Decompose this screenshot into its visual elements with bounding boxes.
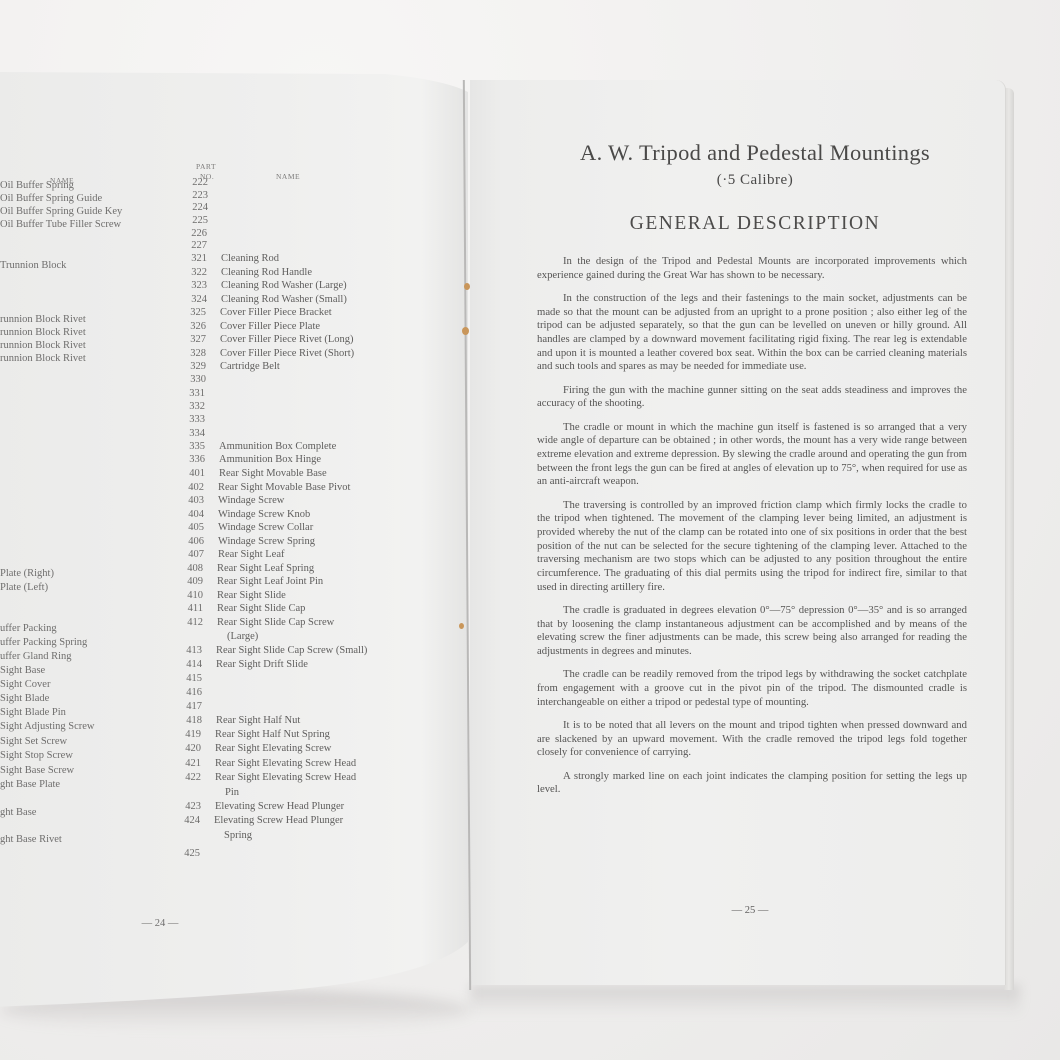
part-number: 326 [178, 321, 206, 332]
list-item: uffer Packing [0, 623, 57, 634]
part-number: 411 [175, 603, 203, 614]
part-name: Rear Sight Movable Base Pivot [218, 482, 350, 493]
list-item: ght Base [0, 807, 36, 818]
part-name: Cover Filler Piece Rivet (Short) [220, 348, 354, 359]
part-number: 333 [177, 414, 205, 425]
part-number: 413 [174, 645, 202, 656]
part-number: 321 [179, 253, 207, 264]
part-number: 401 [177, 468, 205, 479]
part-name: Rear Sight Slide Cap Screw [217, 617, 334, 628]
part-name: Cleaning Rod Washer (Small) [221, 294, 347, 305]
part-name: Spring [224, 830, 252, 841]
part-name: Rear Sight Slide [217, 590, 286, 601]
part-number: 420 [173, 743, 201, 754]
part-number: 330 [178, 374, 206, 385]
part-number: 421 [173, 758, 201, 769]
part-name: Cover Filler Piece Plate [220, 321, 320, 332]
part-number: 227 [179, 240, 207, 251]
part-name: (Large) [227, 631, 258, 642]
list-item: Sight Blade Pin [0, 707, 66, 718]
part-number: 419 [173, 729, 201, 740]
list-item: Oil Buffer Spring Guide [0, 193, 102, 204]
section-heading: GENERAL DESCRIPTION [510, 213, 1000, 235]
list-item: runnion Block Rivet [0, 327, 86, 338]
list-item: uffer Packing Spring [0, 637, 87, 648]
part-name: Cover Filler Piece Bracket [220, 307, 332, 318]
part-name: Cartridge Belt [220, 361, 280, 372]
part-name: Cleaning Rod Handle [221, 267, 312, 278]
part-name: Elevating Screw Head Plunger [214, 815, 343, 826]
part-number: 325 [178, 307, 206, 318]
paragraph: The traversing is controlled by an impro… [537, 499, 967, 595]
staple-rust-mark [459, 623, 464, 629]
part-number: 222 [180, 177, 208, 188]
list-item: Oil Buffer Tube Filler Screw [0, 219, 121, 230]
page-number-right: — 25 — [710, 905, 790, 916]
paragraph: It is to be noted that all levers on the… [537, 719, 967, 760]
part-number: 416 [174, 687, 202, 698]
part-number: 336 [177, 454, 205, 465]
list-item: ght Base Rivet [0, 834, 62, 845]
part-number: 335 [177, 441, 205, 452]
list-item: Sight Cover [0, 679, 50, 690]
list-item: Plate (Left) [0, 582, 48, 593]
part-number: 224 [180, 202, 208, 213]
part-number: 331 [177, 388, 205, 399]
part-number: 404 [176, 509, 204, 520]
part-number: 328 [178, 348, 206, 359]
part-number: 405 [176, 522, 204, 533]
name-column-header-2: NAME [276, 172, 300, 181]
part-name: Ammunition Box Hinge [219, 454, 321, 465]
part-name: Ammunition Box Complete [219, 441, 336, 452]
list-item: Sight Blade [0, 693, 49, 704]
part-number: 225 [180, 215, 208, 226]
part-number: 402 [176, 482, 204, 493]
page-stack-edge [1004, 88, 1014, 990]
part-number: 418 [174, 715, 202, 726]
list-item: Sight Adjusting Screw [0, 721, 95, 732]
part-name: Rear Sight Leaf Joint Pin [217, 576, 323, 587]
part-number: 322 [179, 267, 207, 278]
part-number: 334 [177, 428, 205, 439]
part-name: Rear Sight Elevating Screw Head [215, 758, 356, 769]
part-number: 223 [180, 190, 208, 201]
part-name: Rear Sight Movable Base [219, 468, 327, 479]
paragraph: The cradle is graduated in degrees eleva… [537, 604, 967, 659]
list-item: Oil Buffer Spring Guide Key [0, 206, 122, 217]
general-description-body: In the design of the Tripod and Pedestal… [537, 255, 967, 806]
part-number: 406 [176, 536, 204, 547]
staple-rust-mark [462, 327, 469, 335]
right-page-shadow [470, 985, 1020, 1015]
part-name: Rear Sight Leaf [218, 549, 284, 560]
part-number: 324 [179, 294, 207, 305]
list-item: Sight Set Screw [0, 736, 67, 747]
part-name: Windage Screw Knob [218, 509, 310, 520]
part-number: 422 [173, 772, 201, 783]
list-item: Plate (Right) [0, 568, 54, 579]
part-name: Rear Sight Drift Slide [216, 659, 308, 670]
list-item: Sight Base [0, 665, 45, 676]
part-number: 226 [179, 228, 207, 239]
page-title: A. W. Tripod and Pedestal Mountings [510, 140, 1000, 166]
part-name: Rear Sight Elevating Screw Head [215, 772, 356, 783]
part-number: 323 [179, 280, 207, 291]
paragraph: Firing the gun with the machine gunner s… [537, 384, 967, 411]
list-item: Sight Stop Screw [0, 750, 73, 761]
list-item: ght Base Plate [0, 779, 60, 790]
part-name: Rear Sight Slide Cap [217, 603, 305, 614]
part-number: 423 [173, 801, 201, 812]
part-name: Cover Filler Piece Rivet (Long) [220, 334, 354, 345]
part-name: Cleaning Rod [221, 253, 279, 264]
part-number: 425 [172, 848, 200, 859]
paragraph: In the construction of the legs and thei… [537, 292, 967, 374]
staple-rust-mark [464, 283, 470, 290]
paragraph: The cradle can be readily removed from t… [537, 668, 967, 709]
part-name: Rear Sight Slide Cap Screw (Small) [216, 645, 367, 656]
list-item: runnion Block Rivet [0, 340, 86, 351]
part-no-header-line1: PART [196, 162, 216, 171]
list-item: Trunnion Block [0, 260, 66, 271]
page-number-left: — 24 — [120, 918, 200, 929]
part-name: Rear Sight Half Nut [216, 715, 300, 726]
part-name: Rear Sight Elevating Screw [215, 743, 331, 754]
part-number: 407 [176, 549, 204, 560]
list-item: runnion Block Rivet [0, 314, 86, 325]
part-name: Elevating Screw Head Plunger [215, 801, 344, 812]
paragraph: In the design of the Tripod and Pedestal… [537, 255, 967, 282]
part-name: Cleaning Rod Washer (Large) [221, 280, 347, 291]
list-item: Oil Buffer Spring [0, 180, 74, 191]
part-name: Rear Sight Half Nut Spring [215, 729, 330, 740]
part-name: Windage Screw Spring [218, 536, 315, 547]
part-number: 414 [174, 659, 202, 670]
part-number: 409 [175, 576, 203, 587]
part-number: 424 [172, 815, 200, 826]
part-number: 403 [176, 495, 204, 506]
part-number: 410 [175, 590, 203, 601]
list-item: uffer Gland Ring [0, 651, 72, 662]
part-name: Windage Screw [218, 495, 284, 506]
part-number: 332 [177, 401, 205, 412]
list-item: Sight Base Screw [0, 765, 74, 776]
part-name: Pin [225, 787, 239, 798]
paragraph: A strongly marked line on each joint ind… [537, 770, 967, 797]
paragraph: The cradle or mount in which the machine… [537, 421, 967, 490]
part-number: 412 [175, 617, 203, 628]
part-number: 417 [174, 701, 202, 712]
part-name: Windage Screw Collar [218, 522, 313, 533]
part-number: 329 [178, 361, 206, 372]
part-number: 327 [178, 334, 206, 345]
page-subtitle: (·5 Calibre) [510, 172, 1000, 189]
part-number: 415 [174, 673, 202, 684]
list-item: runnion Block Rivet [0, 353, 86, 364]
part-number: 408 [175, 563, 203, 574]
part-name: Rear Sight Leaf Spring [217, 563, 314, 574]
